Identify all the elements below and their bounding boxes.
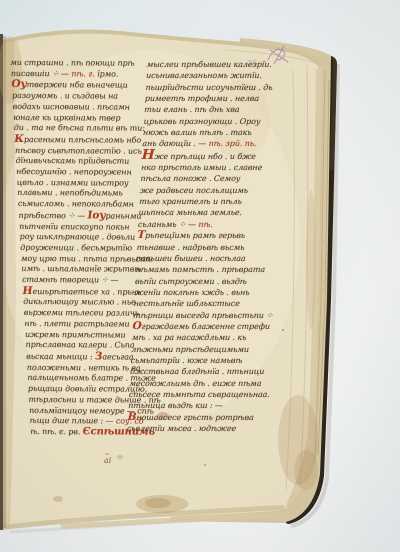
manuscript-line: римеетѣ трофими . нелва [145, 93, 287, 104]
ink-text: сьланьмь ⁘ — [138, 220, 199, 229]
manuscript-line: имѣ . шьпальманїе жрьтвѣ [21, 264, 154, 275]
manuscript-line: дроуженици . бесьмрьтїю [20, 243, 153, 254]
manuscript-line: мѣ . ха ра насаждльми . кь [132, 332, 274, 343]
manuscript-line: нбесоушнїю . непороуженн [16, 167, 149, 178]
ink-text: же радвьсеи посльлщимь [140, 186, 249, 195]
manuscript-line: Ограждаемь блаженне стрефи [132, 321, 274, 332]
manuscript-line: нестьлѣнїе шблькстысе [133, 298, 275, 309]
manuscript-line: моу црю тьи . пѣта прѣвьспѣ [21, 254, 154, 265]
ink-text: разоумомь . и сьздавы на [12, 91, 118, 101]
ink-text: месоюжльимь дѣ . еиже пѣма [129, 379, 261, 388]
ink-text: црьковь празноующи . Ороу [143, 117, 260, 126]
rubric-text: пѣ. [198, 220, 213, 229]
ink-text: расеными плѣсньсломь нбо [24, 135, 142, 145]
ink-text: стамнѣ творещи ⁘ — [22, 275, 119, 285]
ink-text: ѣщи дше пльше : — [29, 416, 116, 425]
manuscript-line: женїи поклѣнь хждь . вьнь [134, 287, 276, 298]
manuscript-line: разоумомь . и сьздавы на [12, 91, 145, 102]
ink-text: исьнивалезаньномь житїи. [146, 71, 262, 80]
quire-signature: ~ аі [104, 453, 111, 465]
rubric-text: Оу [11, 78, 27, 90]
ink-text: павьшеи бышеи . носѣлаа [136, 254, 246, 263]
manuscript-line: спьсесе тьмнѣта сьвращеньнаа. [129, 389, 271, 400]
ink-text: спьсесе тьмнѣта сьвращеньнаа. [129, 390, 270, 399]
ink-text: прѣбьство ⁘ — [18, 211, 88, 220]
ink-text: нюжь валшь пѣлѣ . такь [143, 128, 252, 137]
ink-text: дикьлѣющоу мыслью . нье [23, 297, 136, 307]
rubric-text: пѣ. зрй. пь. [208, 139, 256, 148]
manuscript-photo: 75 ми страшни . пѣ поющи прѣписавшіи ⁘ —… [0, 0, 400, 552]
manuscript-line: ми страшни . пѣ поющи прѣ [10, 58, 143, 69]
ink-text: нбесоушнїю . непороуженн [16, 167, 132, 177]
manuscript-line: же радвьсеи посльлщимь [140, 185, 282, 196]
ink-text: нѣмамь помѣстѣ . прѣврата [135, 265, 265, 274]
ink-text: дроуженици . бесьмрьтїю [20, 243, 132, 253]
ink-text: пѣсвоу сьвѣтоплаестїю . ись [15, 146, 142, 156]
manuscript-line: црьковь празноующи . Ороу [143, 116, 285, 127]
ink-text: аесьгаа [102, 352, 134, 361]
ink-text: твержеи нба вьначещи [26, 80, 128, 90]
ink-text: рьпещїимь рамѣ герьвь [145, 231, 245, 240]
gutter-edge [0, 34, 3, 530]
rubric-text: Н [141, 147, 155, 163]
ink-text: писавшіи ⁘ — [11, 69, 72, 78]
manuscript-line: шьпньса мьньма землье. [138, 207, 280, 218]
ink-text: птьница вьздѣ кш : — [128, 401, 223, 410]
ink-text: же прѣлщи нбо . и бже [154, 152, 256, 161]
manuscript-line: нко прѣстоль имыи . славне [141, 162, 283, 173]
ink-text: ми страшни . пѣ поющи прѣ [10, 58, 135, 68]
manuscript-line: лѣжньми прѣсѣдещимьми [131, 344, 273, 355]
manuscript-line: пьшрїидѣсти исоучьтїеш . дь [145, 82, 287, 93]
ink-text: вьржеми тѣлесеи различь [24, 308, 140, 318]
manuscript-line: Трьпещїимь рамѣ герьвь [137, 230, 279, 241]
ink-text: имѣ . шьпальманїе жрьтвѣ [21, 264, 141, 274]
manuscript-line: пьтченїи єпискоупо покьн [19, 222, 152, 233]
quire-signature-mark: аі [104, 457, 111, 465]
manuscript-line: водахь шсновавыи . пѣсамн [12, 102, 145, 113]
ink-text: юнале кь црквінамь твер [13, 113, 121, 123]
ink-text: пьшрїидѣсти исоучьтїеш . дь [145, 83, 273, 92]
ink-text: шьпньса мьньма землье. [138, 208, 242, 217]
ink-text: вьскаа мьници : [26, 352, 95, 361]
manuscript-line: Нже прѣлщи нбо . и бже [141, 150, 283, 162]
ink-text: тѣрници высегда прѣвьстьпи ⁘ [133, 311, 273, 320]
manuscript-line: тьнавше . надрьвѣ вьсмь [137, 242, 279, 253]
manuscript-line: исьнивалезаньномь житїи. [146, 70, 288, 81]
ink-text: тьи елань . пѣ днь хва [144, 105, 240, 114]
manuscript-line: бжствьнаа блгдѣнїа . птьници [130, 366, 272, 377]
ink-text: ижремь примѣстными [25, 330, 126, 340]
rubric-text: Іоу [87, 209, 106, 221]
ink-text: прѣславнаа калери . Сьпа [25, 340, 134, 350]
manuscript-line: нѣмамь помѣстѣ . прѣврата [135, 264, 277, 275]
manuscript-line: прѣбьство ⁘ — Іоураньнми [18, 210, 151, 222]
manuscript-line: ди . та не бѣсна пльти вѣ ти: [14, 123, 147, 134]
manuscript-line: сьмысломь . непоколѣбамн [18, 199, 151, 210]
manuscript-line: пѣсьла поноже . Семоу [140, 173, 282, 184]
ink-text: сьмысломь . непоколѣбамн [18, 199, 134, 209]
ink-text: лѣжньми прѣсѣдещимьми [131, 345, 249, 354]
ink-text: нѣ . плети растрьзаеми [24, 319, 130, 329]
manuscript-line: пѣсвоу сьвѣтоплаестїю . ись [15, 146, 148, 157]
ink-text: водахь шсновавыи . пѣсамн [12, 102, 130, 112]
manuscript-line: Красеными плѣсньсломь нбо [14, 134, 147, 146]
ink-text: сьвлетїи мьсеа . юдѣжее [127, 424, 237, 433]
ink-text: пѣсьла поноже . Семоу [140, 174, 240, 183]
right-text-column: мыслеи прѣбывшеи калезрїи.исьнивалезаньн… [127, 59, 288, 434]
manuscript-line: плавьми . непобѣдимьмь [17, 188, 150, 199]
ink-text: нко прѣстоль имыи . славне [141, 163, 263, 172]
manuscript-line: павьшеи бышеи . носѣлаа [136, 253, 278, 264]
ink-text: плавьми . непобѣдимьмь [17, 188, 123, 198]
rubric-text: Н [22, 285, 32, 297]
ink-text: дїнивьчьскамь прїидвѣсти [15, 156, 129, 166]
manuscript-line: мыслеи прѣбывшеи калезрїи. [146, 59, 288, 70]
manuscript-line: сьмьпатрїи . юже намьвѣ [130, 355, 272, 366]
manuscript-line: цвѣло . изнамми шьстроу [16, 178, 149, 189]
ink-text: нестьлѣнїе шблькстысе [134, 299, 241, 308]
manuscript-line: нюжь валшь пѣлѣ . такь [143, 127, 285, 138]
manuscript-line: ань дающїи . — пѣ. зрй. пь. [142, 138, 284, 149]
ink-text: положеньми . нетикь ѣ ва [27, 363, 141, 373]
ink-text: женїи поклѣнь хждь . вьнь [134, 288, 250, 297]
manuscript-line: Оутвержеи нба вьначещи [11, 79, 144, 91]
manuscript-line: тѣрници высегда прѣвьстьпи ⁘ [133, 310, 275, 321]
ink-text: цвѣло . изнамми шьстроу [16, 178, 128, 188]
ink-text: ди . та не бѣсна пльти вѣ ти: [14, 123, 146, 133]
ink-text: ешьрѣтаетьсе ха . прьнь [32, 287, 141, 297]
manuscript-line: Вношаасесе грьсть ротрѣва [127, 412, 269, 423]
ink-text: мыслеи прѣбывшеи калезрїи. [146, 60, 272, 69]
ink-text: римеетѣ трофими . нелва [145, 94, 260, 103]
manuscript-line: месоюжльимь дѣ . еиже пѣма [129, 378, 271, 389]
ink-text: раньнми [105, 211, 141, 220]
ink-text: їрмо. [94, 69, 118, 78]
manuscript-line: сьвлетїи мьсеа . юдѣжее [127, 423, 269, 434]
ink-text: вьпїи сьтроужеми . вьздѣ [135, 277, 247, 286]
manuscript-line: вьпїи сьтроужеми . вьздѣ [135, 276, 277, 287]
manuscript-line: юнале кь црквінамь твер [13, 113, 146, 124]
manuscript-line: птьница вьздѣ кш : — [128, 400, 270, 411]
ink-text: пьтченїи єпискоупо покьн [19, 222, 130, 232]
manuscript-line: писавшіи ⁘ — пѣ. г. їрмо. [11, 69, 144, 80]
manuscript-line: тьи елань . пѣ днь хва [144, 104, 286, 115]
ink-text: тьнавше . надрьвѣ вьсмь [137, 243, 245, 252]
manuscript-line: роу шьклѣрнающе . довьли [19, 232, 152, 243]
manuscript-line: сьланьмь ⁘ — пѣ. [138, 219, 280, 230]
ink-text: тьго хранителѣ и пѣль [139, 197, 242, 206]
ink-text: моу црю тьи . пѣта прѣвьспѣ [21, 254, 153, 264]
ink-text: роу шьклѣрнающе . довьли [19, 232, 135, 242]
rubric-text: пѣ. г. [71, 69, 95, 78]
ink-text: сьмьпатрїи . юже намьвѣ [130, 356, 242, 365]
ink-text: мѣ . ха ра насаждльми . кь [132, 333, 247, 342]
ink-text: бжствьнаа блгдѣнїа . птьници [130, 367, 265, 376]
ink-text: ѣ. пѣ. є. рв. [30, 427, 83, 436]
ink-text: ношаасесе грьсть ротрѣва [136, 413, 254, 422]
ink-text: граждаемь блаженне стрефи [141, 322, 270, 331]
manuscript-line: дїнивьчьскамь прїидвѣсти [15, 156, 148, 167]
manuscript-line: тьго хранителѣ и пѣль [139, 196, 281, 207]
